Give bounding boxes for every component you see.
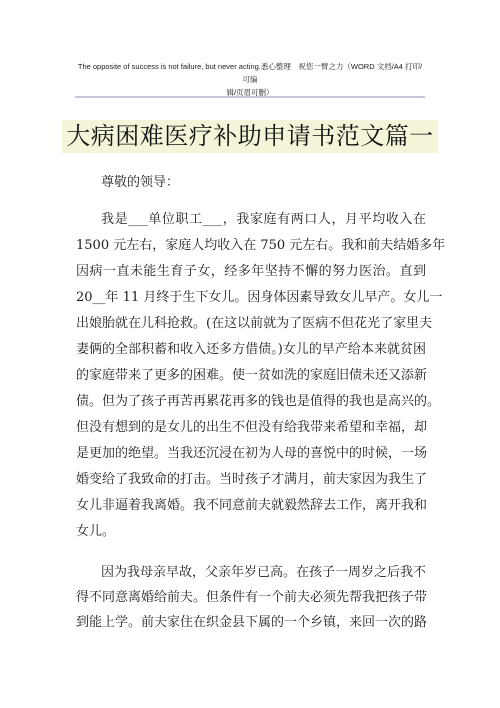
title-container: 大病困难医疗补助申请书范文篇一	[0, 104, 500, 169]
page-header: The opposite of success is not failure, …	[75, 60, 425, 99]
paragraph-1-line: 1500 元左右，家庭人均收入在 750 元左右。我和前夫结婚多年	[76, 233, 426, 259]
paragraph-1-line: 的家庭带来了更多的困难。使一贫如洗的家庭旧债未还又添新	[76, 363, 426, 389]
paragraph-2-line: 因为我母亲早故，父亲年岁已高。在孩子一周岁之后我不	[101, 560, 426, 586]
paragraph-1-line: 是更加的绝望。当我还沉浸在初为人母的喜悦中的时候，一场	[76, 441, 426, 467]
paragraph-1-line: 女儿。	[76, 519, 426, 545]
salutation: 尊敬的领导：	[101, 170, 426, 196]
paragraph-1-line: 我是___单位职工___，我家庭有两口人，月平均收入在	[101, 207, 426, 233]
header-line-1: The opposite of success is not failure, …	[75, 60, 425, 86]
paragraph-1-line: 但没有想到的是女儿的出生不但没有给我带来希望和幸福，却	[76, 415, 426, 441]
paragraph-2-line: 得不同意离婚给前夫。但条件有一个前夫必须先帮我把孩子带	[76, 585, 426, 611]
paragraph-1-line: 因病一直未能生育子女，经多年坚持不懈的努力医治。直到	[76, 259, 426, 285]
paragraph-1-line: 20__年 11 月终于生下女儿。因身体因素导致女儿早产。女儿一	[76, 285, 426, 311]
paragraph-1-line: 债。但为了孩子再苦再累花再多的钱也是值得的我也是高兴的。	[76, 389, 426, 415]
header-divider	[75, 96, 425, 98]
paragraph-1-line: 女儿非逼着我离婚。我不同意前夫就毅然辞去工作，离开我和	[76, 493, 426, 519]
document-title: 大病困难医疗补助申请书范文篇一	[62, 120, 438, 153]
paragraph-1-line: 出娘胎就在儿科抢救。(在这以前就为了医病不但花光了家里夫	[76, 311, 426, 337]
paragraph-1-line: 妻俩的全部积蓄和收入还多方借债。)女儿的早产给本来就贫困	[76, 337, 426, 363]
paragraph-1-line: 婚变给了我致命的打击。当时孩子才满月，前夫家因为我生了	[76, 467, 426, 493]
paragraph-2-line: 到能上学。前夫家住在织金县下属的一个乡镇，来回一次的路	[76, 610, 426, 636]
